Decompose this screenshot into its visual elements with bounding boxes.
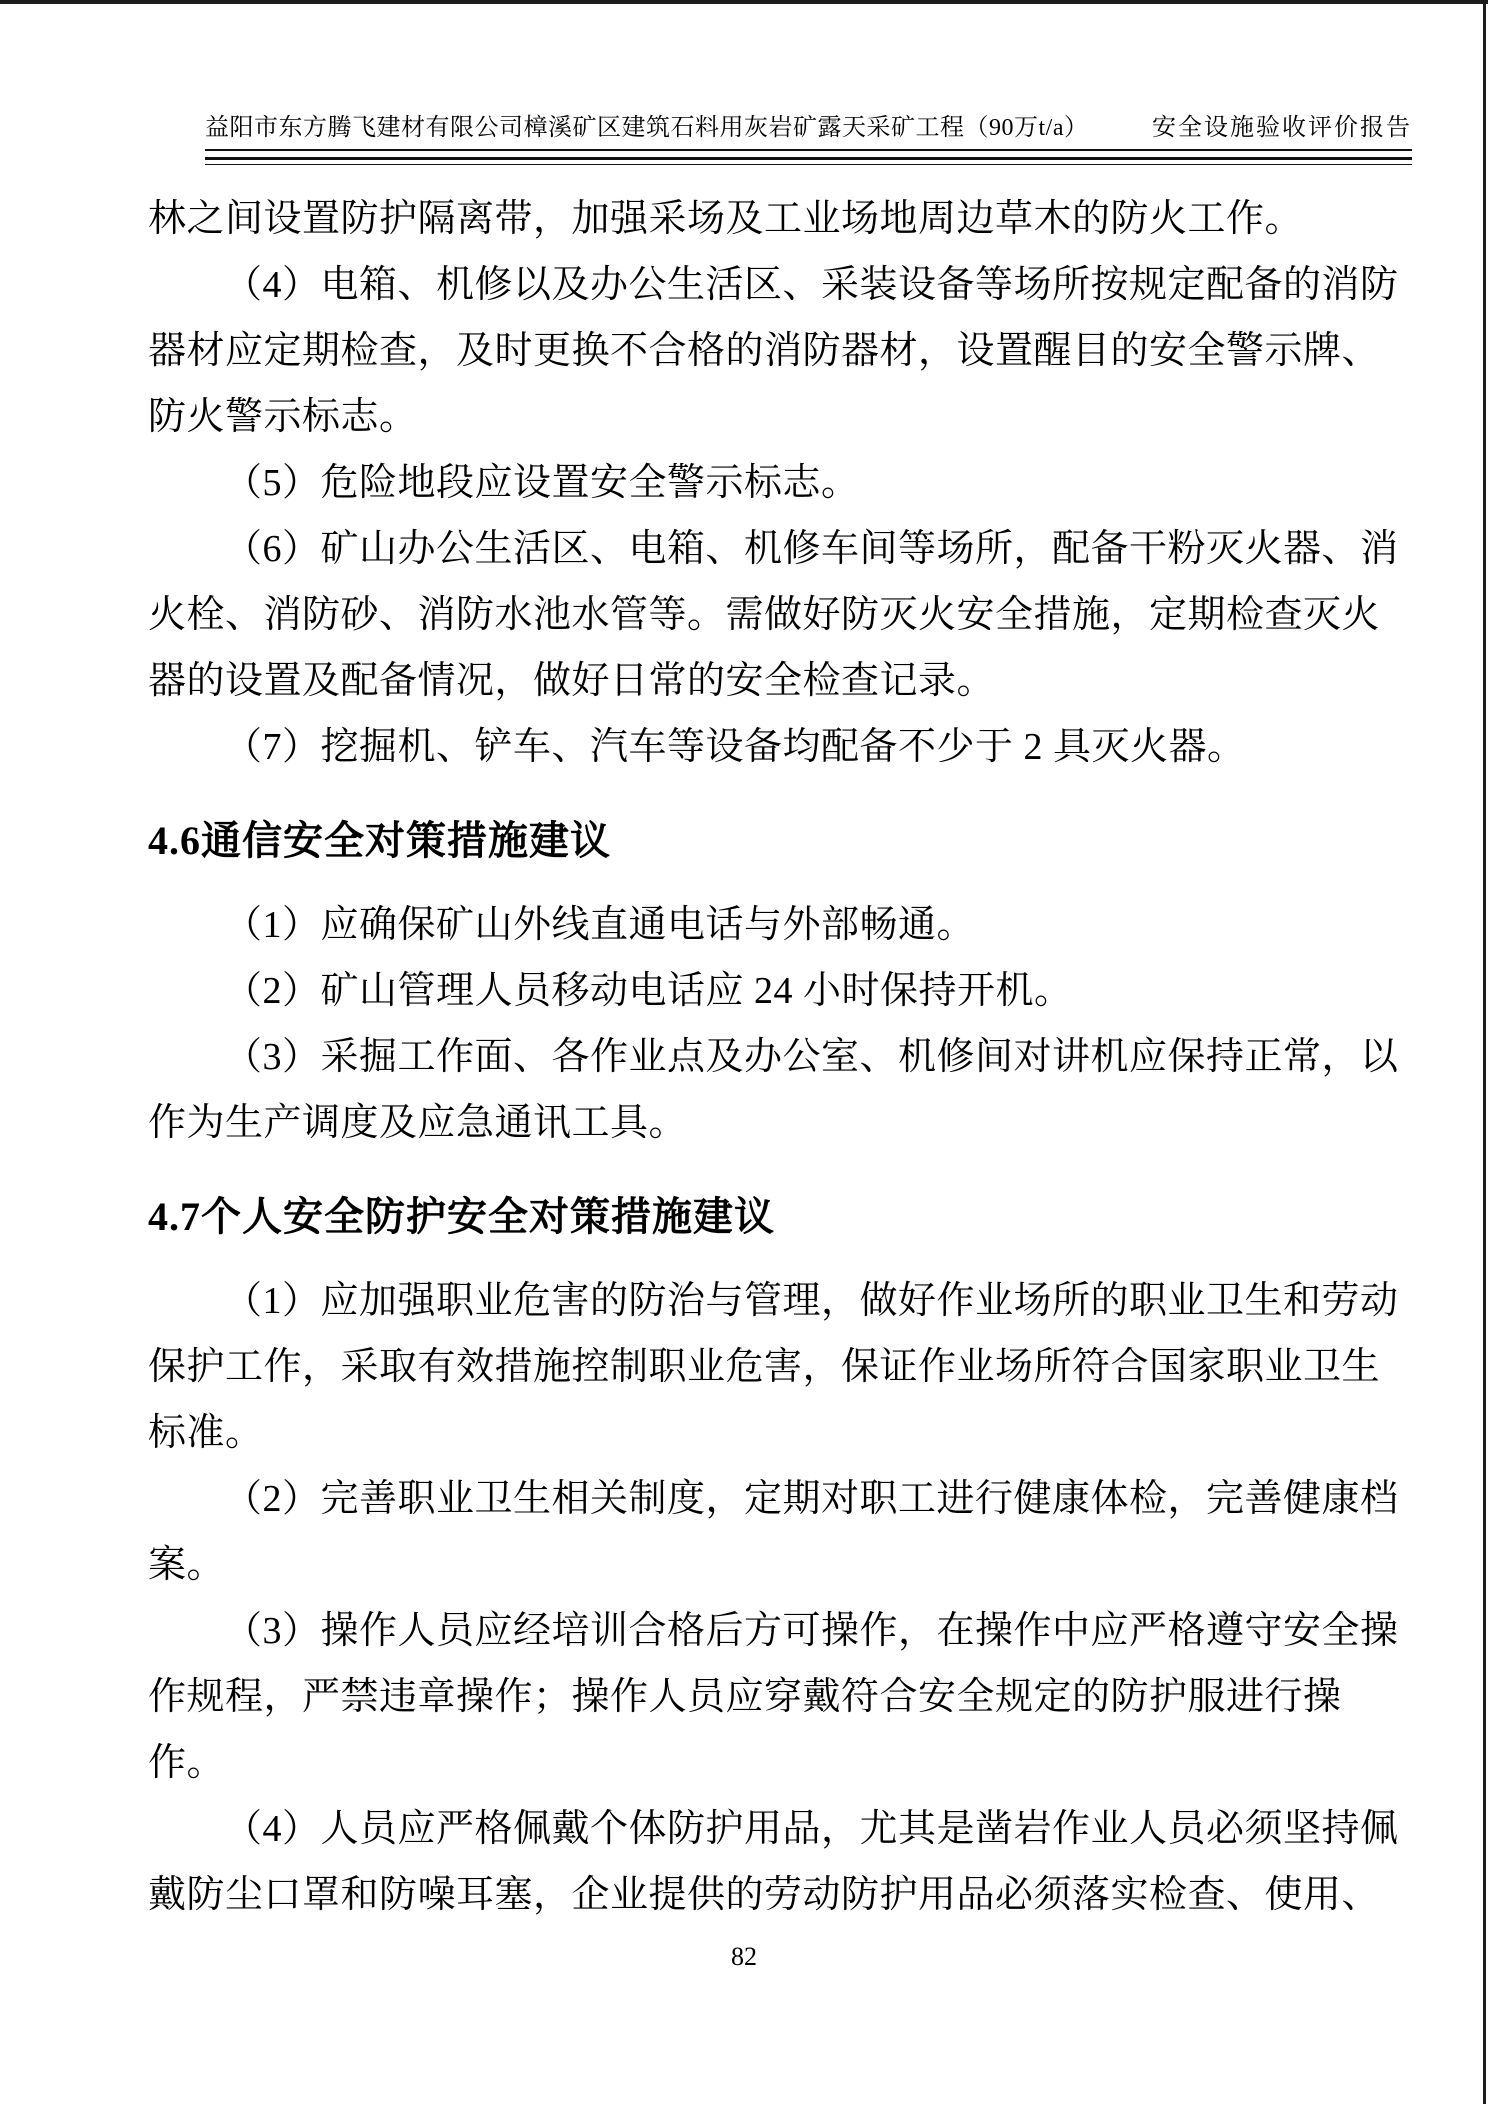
header-double-rule <box>205 157 1412 165</box>
document-body: 林之间设置防护隔离带，加强采场及工业场地周边草木的防火工作。（4）电箱、机修以及… <box>148 186 1378 1928</box>
paragraph-line: （3）操作人员应经培训合格后方可操作，在操作中应严格遵守安全操 <box>148 1598 1378 1664</box>
running-header: 益阳市东方腾飞建材有限公司樟溪矿区建筑石料用灰岩矿露天采矿工程（90万t/a） … <box>205 112 1412 165</box>
paragraph-line: 器的设置及配备情况，做好日常的安全检查记录。 <box>148 648 1378 714</box>
page-right-rule <box>1483 0 1486 2104</box>
paragraph-line: （4）电箱、机修以及办公生活区、采装设备等场所按规定配备的消防 <box>148 252 1378 318</box>
paragraph-line: 作。 <box>148 1730 1378 1796</box>
header-row: 益阳市东方腾飞建材有限公司樟溪矿区建筑石料用灰岩矿露天采矿工程（90万t/a） … <box>205 112 1412 151</box>
paragraph-line: （2）矿山管理人员移动电话应 24 小时保持开机。 <box>148 958 1378 1024</box>
paragraph-line: 标准。 <box>148 1400 1378 1466</box>
section-heading: 4.6通信安全对策措施建议 <box>148 806 1378 876</box>
paragraph-line: 林之间设置防护隔离带，加强采场及工业场地周边草木的防火工作。 <box>148 186 1378 252</box>
paragraph-line: 防火警示标志。 <box>148 384 1378 450</box>
paragraph-line: 作为生产调度及应急通讯工具。 <box>148 1090 1378 1156</box>
paragraph-line: （2）完善职业卫生相关制度，定期对职工进行健康体检，完善健康档 <box>148 1466 1378 1532</box>
paragraph-line: （7）挖掘机、铲车、汽车等设备均配备不少于 2 具灭火器。 <box>148 714 1378 780</box>
paragraph-line: 火栓、消防砂、消防水池水管等。需做好防灭火安全措施，定期检查灭火 <box>148 582 1378 648</box>
document-page: 益阳市东方腾飞建材有限公司樟溪矿区建筑石料用灰岩矿露天采矿工程（90万t/a） … <box>0 0 1488 2104</box>
paragraph-line: 保护工作，采取有效措施控制职业危害，保证作业场所符合国家职业卫生 <box>148 1334 1378 1400</box>
section-heading: 4.7个人安全防护安全对策措施建议 <box>148 1182 1378 1252</box>
paragraph-line: （4）人员应严格佩戴个体防护用品，尤其是凿岩作业人员必须坚持佩 <box>148 1796 1378 1862</box>
paragraph-line: （5）危险地段应设置安全警示标志。 <box>148 450 1378 516</box>
header-project-title: 益阳市东方腾飞建材有限公司樟溪矿区建筑石料用灰岩矿露天采矿工程（90万t/a） <box>205 112 1089 144</box>
paragraph-line: （3）采掘工作面、各作业点及办公室、机修间对讲机应保持正常，以 <box>148 1024 1378 1090</box>
paragraph-line: 案。 <box>148 1532 1378 1598</box>
paragraph-line: （1）应加强职业危害的防治与管理，做好作业场所的职业卫生和劳动 <box>148 1268 1378 1334</box>
header-report-title: 安全设施验收评价报告 <box>1152 112 1412 144</box>
paragraph-line: （1）应确保矿山外线直通电话与外部畅通。 <box>148 892 1378 958</box>
paragraph-line: 作规程，严禁违章操作；操作人员应穿戴符合安全规定的防护服进行操 <box>148 1664 1378 1730</box>
paragraph-line: （6）矿山办公生活区、电箱、机修车间等场所，配备干粉灭火器、消 <box>148 516 1378 582</box>
page-number: 82 <box>0 1940 1488 1974</box>
paragraph-line: 戴防尘口罩和防噪耳塞，企业提供的劳动防护用品必须落实检查、使用、 <box>148 1862 1378 1928</box>
paragraph-line: 器材应定期检查，及时更换不合格的消防器材，设置醒目的安全警示牌、 <box>148 318 1378 384</box>
page-top-rule <box>0 0 1488 4</box>
